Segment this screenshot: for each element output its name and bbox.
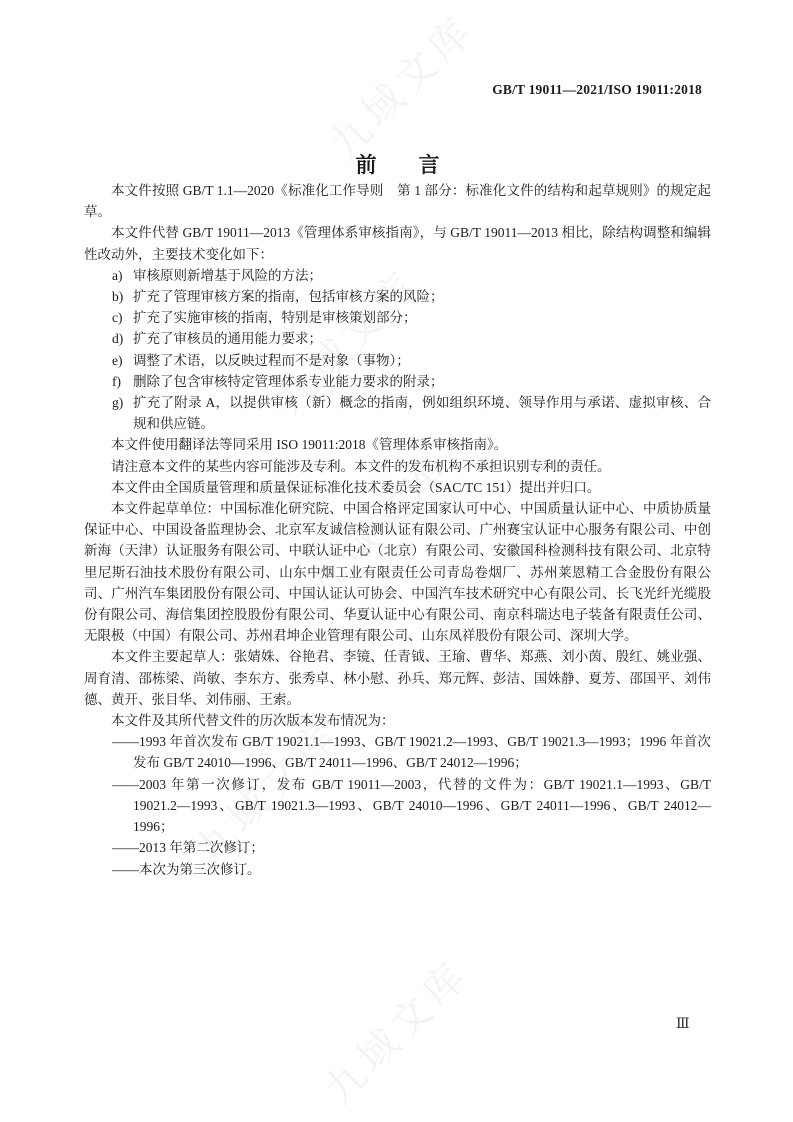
foreword-content: 前 言 本文件按照 GB/T 1.1—2020《标准化工作导则 第 1 部分：标… [84, 0, 711, 880]
version-history-list: ——1993 年首次发布 GB/T 19021.1—1993、GB/T 1902… [84, 731, 711, 879]
paragraph-committee: 本文件由全国质量管理和质量保证标准化技术委员会（SAC/TC 151）提出并归口… [84, 477, 711, 498]
paragraph-patent-notice: 请注意本文件的某些内容可能涉及专利。本文件的发布机构不承担识别专利的责任。 [84, 456, 711, 477]
list-item-marker: e) [112, 350, 123, 371]
page-number: Ⅲ [676, 1016, 690, 1033]
list-item-marker: f) [112, 371, 121, 392]
list-item-marker: c) [112, 307, 123, 328]
list-item: e) 调整了术语，以反映过程而不是对象（事物）； [84, 350, 711, 371]
list-item-text: 扩充了实施审核的指南，特别是审核策划部分； [133, 310, 417, 325]
list-item-marker: a) [112, 265, 123, 286]
list-item-marker: g) [112, 392, 123, 413]
list-item: g) 扩充了附录 A，以提供审核（新）概念的指南，例如组织环境、领导作用与承诺、… [84, 392, 711, 434]
paragraph-translation: 本文件使用翻译法等同采用 ISO 19011:2018《管理体系审核指南》。 [84, 434, 711, 455]
history-item: ——1993 年首次发布 GB/T 19021.1—1993、GB/T 1902… [84, 731, 711, 773]
paragraph-drafters: 本文件主要起草人：张婧姝、谷艳君、李镜、任青钺、王瑜、曹华、郑燕、刘小茵、殷红、… [84, 646, 711, 710]
paragraph-drafting-units: 本文件起草单位：中国标准化研究院、中国合格评定国家认可中心、中国质量认证中心、中… [84, 498, 711, 646]
list-item-text: 审核原则新增基于风险的方法； [133, 268, 322, 283]
list-item-text: 调整了术语，以反映过程而不是对象（事物）； [133, 353, 410, 368]
document-page: 九域文库 九域文库 九域文库 九域文库 九域文库 GB/T 19011—2021… [0, 0, 793, 1122]
list-item-text: 扩充了审核员的通用能力要求； [133, 331, 322, 346]
list-item-text: 扩充了附录 A，以提供审核（新）概念的指南，例如组织环境、领导作用与承诺、虚拟审… [133, 395, 711, 431]
list-item: f) 删除了包含审核特定管理体系专业能力要求的附录； [84, 371, 711, 392]
paragraph-history-intro: 本文件及其所代替文件的历次版本发布情况为： [84, 710, 711, 731]
history-item: ——2003 年第一次修订，发布 GB/T 19011—2003，代替的文件为：… [84, 774, 711, 838]
list-item-marker: b) [112, 286, 123, 307]
list-item-text: 删除了包含审核特定管理体系专业能力要求的附录； [133, 374, 444, 389]
list-item: b) 扩充了管理审核方案的指南，包括审核方案的风险； [84, 286, 711, 307]
list-item-text: 扩充了管理审核方案的指南，包括审核方案的风险； [133, 289, 444, 304]
history-item: ——本次为第三次修订。 [84, 859, 711, 880]
history-item: ——2013 年第二次修订； [84, 837, 711, 858]
list-item: d) 扩充了审核员的通用能力要求； [84, 328, 711, 349]
list-item-marker: d) [112, 328, 123, 349]
paragraph-drafting-rule: 本文件按照 GB/T 1.1—2020《标准化工作导则 第 1 部分：标准化文件… [84, 180, 711, 222]
paragraph-replaces: 本文件代替 GB/T 19011—2013《管理体系审核指南》，与 GB/T 1… [84, 222, 711, 264]
watermark: 九域文库 [310, 945, 480, 1115]
list-item: a) 审核原则新增基于风险的方法； [84, 265, 711, 286]
list-item: c) 扩充了实施审核的指南，特别是审核策划部分； [84, 307, 711, 328]
page-title: 前 言 [84, 150, 711, 180]
technical-changes-list: a) 审核原则新增基于风险的方法； b) 扩充了管理审核方案的指南，包括审核方案… [84, 265, 711, 435]
